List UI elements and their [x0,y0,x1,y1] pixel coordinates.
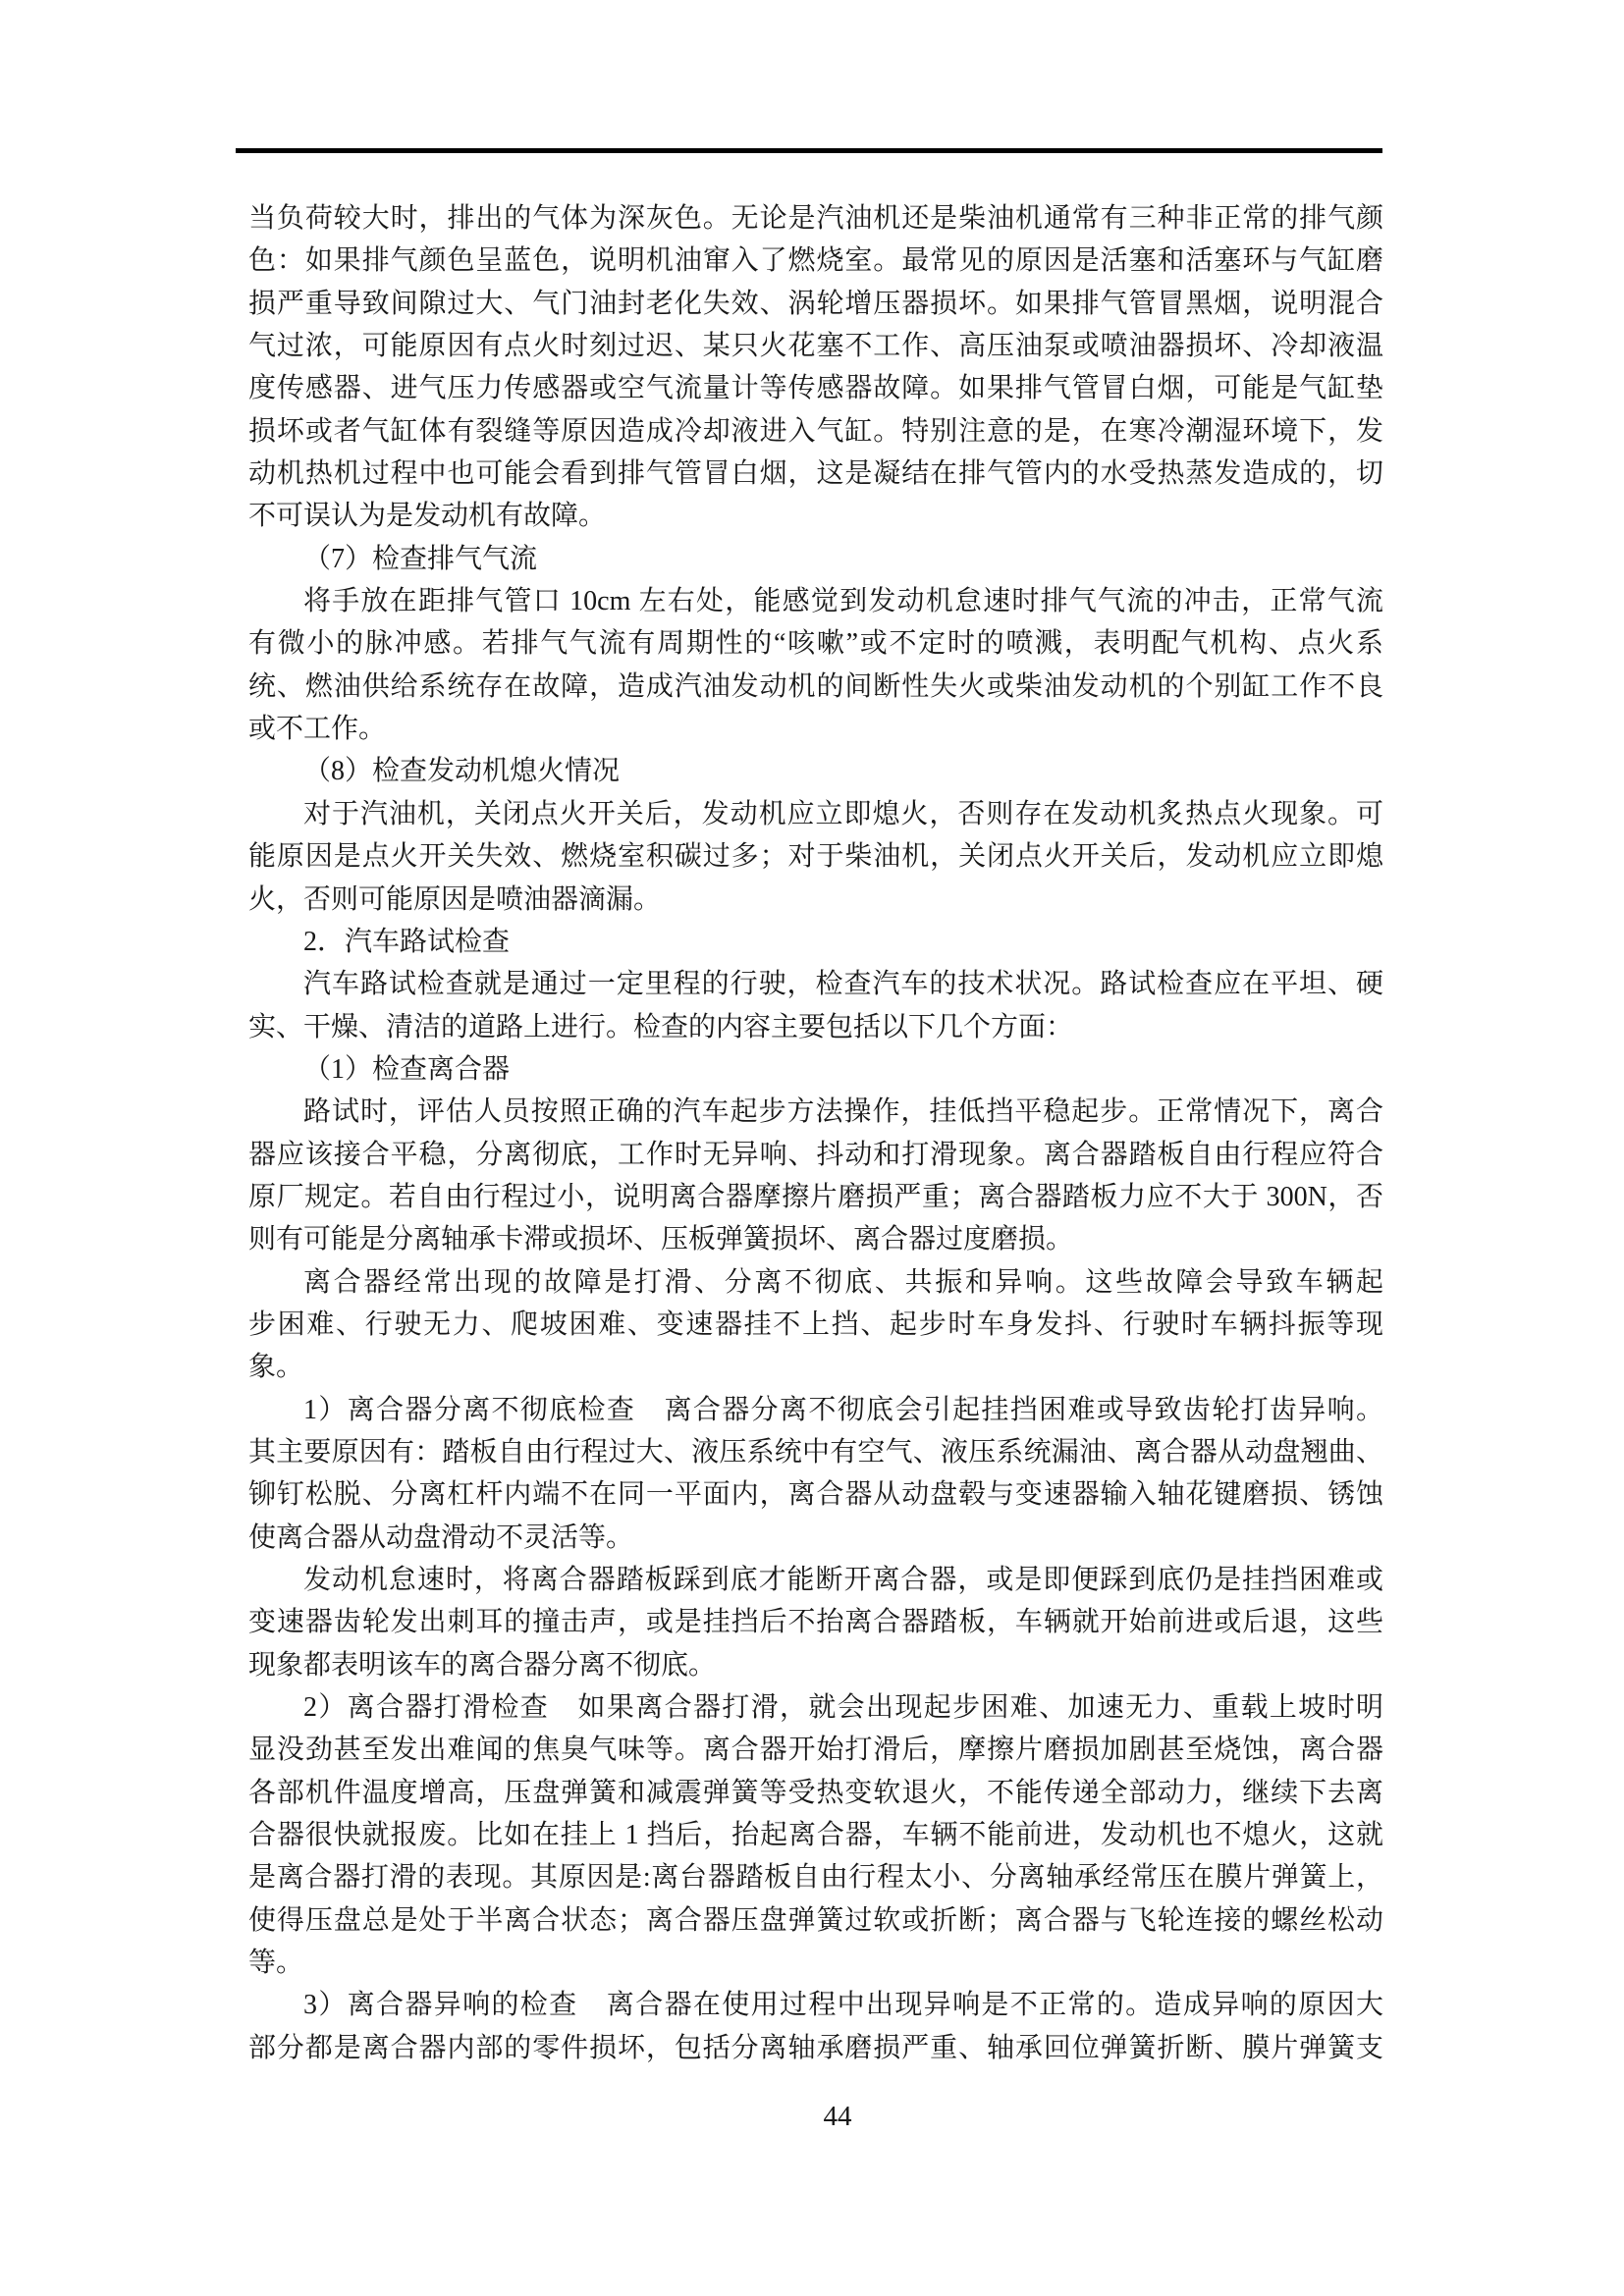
body-text: 当负荷较大时，排出的气体为深灰色。无论是汽油机还是柴油机通常有三种非正常的排气颜… [248,197,1383,2069]
text-line: 3）离合器异响的检查 离合器在使用过程中出现异响是不正常的。造成异响的原因大 [248,1984,1383,2026]
page-number: 44 [824,2101,852,2133]
text-line: 器应该接合平稳，分离彻底，工作时无异响、抖动和打滑现象。离合器踏板自由行程应符合 [248,1134,1383,1176]
text-line: 能原因是点火开关失效、燃烧室积碳过多；对于柴油机，关闭点火开关后，发动机应立即熄 [248,835,1383,878]
text-line: 等。 [248,1942,1383,1984]
header-rule [236,148,1382,153]
text-line: 1）离合器分离不彻底检查 离合器分离不彻底会引起挂挡困难或导致齿轮打齿异响。 [248,1389,1383,1431]
text-line: 则有可能是分离轴承卡滞或损坏、压板弹簧损坏、离合器过度磨损。 [248,1218,1383,1260]
text-line: （7）检查排气气流 [248,538,1383,580]
text-line: 实、干燥、清洁的道路上进行。检查的内容主要包括以下几个方面： [248,1006,1383,1048]
text-line: 象。 [248,1346,1383,1388]
text-line: 其主要原因有：踏板自由行程过大、液压系统中有空气、液压系统漏油、离合器从动盘翘曲… [248,1431,1383,1473]
text-line: 度传感器、进气压力传感器或空气流量计等传感器故障。如果排气管冒白烟，可能是气缸垫 [248,367,1383,409]
text-line: 使离合器从动盘滑动不灵活等。 [248,1517,1383,1559]
text-line: 路试时，评估人员按照正确的汽车起步方法操作，挂低挡平稳起步。正常情况下，离合 [248,1091,1383,1133]
text-line: 色：如果排气颜色呈蓝色，说明机油窜入了燃烧室。最常见的原因是活塞和活塞环与气缸磨 [248,240,1383,282]
text-line: 或不工作。 [248,708,1383,750]
text-line: 离合器经常出现的故障是打滑、分离不彻底、共振和异响。这些故障会导致车辆起 [248,1261,1383,1304]
text-line: 发动机怠速时，将离合器踏板踩到底才能断开离合器，或是即便踩到底仍是挂挡困难或 [248,1559,1383,1601]
text-line: 火，否则可能原因是喷油器滴漏。 [248,879,1383,921]
text-line: 气过浓，可能原因有点火时刻过迟、某只火花塞不工作、高压油泵或喷油器损坏、冷却液温 [248,325,1383,367]
text-line: 2）离合器打滑检查 如果离合器打滑，就会出现起步困难、加速无力、重载上坡时明 [248,1686,1383,1729]
text-line: 是离合器打滑的表现。其原因是:离台器踏板自由行程太小、分离轴承经常压在膜片弹簧上… [248,1856,1383,1898]
text-line: 显没劲甚至发出难闻的焦臭气味等。离合器开始打滑后，摩擦片磨损加剧甚至烧蚀，离合器 [248,1729,1383,1771]
text-line: 步困难、行驶无力、爬坡困难、变速器挂不上挡、起步时车身发抖、行驶时车辆抖振等现 [248,1304,1383,1346]
text-line: 汽车路试检查就是通过一定里程的行驶，检查汽车的技术状况。路试检查应在平坦、硬 [248,963,1383,1005]
text-line: （1）检查离合器 [248,1048,1383,1091]
text-line: 铆钉松脱、分离杠杆内端不在同一平面内，离合器从动盘毂与变速器输入轴花键磨损、锈蚀 [248,1473,1383,1516]
text-line: 损坏或者气缸体有裂缝等原因造成冷却液进入气缸。特别注意的是，在寒冷潮湿环境下，发 [248,410,1383,453]
text-line: 2．汽车路试检查 [248,921,1383,963]
text-line: 现象都表明该车的离合器分离不彻底。 [248,1644,1383,1686]
text-line: 合器很快就报废。比如在挂上 1 挡后，抬起离合器，车辆不能前进，发动机也不熄火，… [248,1814,1383,1856]
text-line: 有微小的脉冲感。若排气气流有周期性的“咳嗽”或不定时的喷溅，表明配气机构、点火系 [248,622,1383,665]
text-line: 各部机件温度增高，压盘弹簧和减震弹簧等受热变软退火，不能传递全部动力，继续下去离 [248,1772,1383,1814]
document-page: 当负荷较大时，排出的气体为深灰色。无论是汽油机还是柴油机通常有三种非正常的排气颜… [0,0,1624,2296]
text-line: （8）检查发动机熄火情况 [248,750,1383,792]
text-line: 当负荷较大时，排出的气体为深灰色。无论是汽油机还是柴油机通常有三种非正常的排气颜 [248,197,1383,240]
text-line: 对于汽油机，关闭点火开关后，发动机应立即熄火，否则存在发动机炙热点火现象。可 [248,793,1383,835]
text-line: 变速器齿轮发出刺耳的撞击声，或是挂挡后不抬离合器踏板，车辆就开始前进或后退，这些 [248,1601,1383,1643]
text-line: 原厂规定。若自由行程过小，说明离合器摩擦片磨损严重；离合器踏板力应不大于 300… [248,1176,1383,1218]
text-line: 不可误认为是发动机有故障。 [248,495,1383,537]
text-line: 使得压盘总是处于半离合状态；离合器压盘弹簧过软或折断；离合器与飞轮连接的螺丝松动 [248,1899,1383,1942]
text-line: 统、燃油供给系统存在故障，造成汽油发动机的间断性失火或柴油发动机的个别缸工作不良 [248,666,1383,708]
text-line: 将手放在距排气管口 10cm 左右处，能感觉到发动机怠速时排气气流的冲击，正常气… [248,580,1383,622]
text-line: 部分都是离合器内部的零件损坏，包括分离轴承磨损严重、轴承回位弹簧折断、膜片弹簧支 [248,2027,1383,2069]
text-line: 动机热机过程中也可能会看到排气管冒白烟，这是凝结在排气管内的水受热蒸发造成的，切 [248,453,1383,495]
text-line: 损严重导致间隙过大、气门油封老化失效、涡轮增压器损坏。如果排气管冒黑烟，说明混合 [248,283,1383,325]
